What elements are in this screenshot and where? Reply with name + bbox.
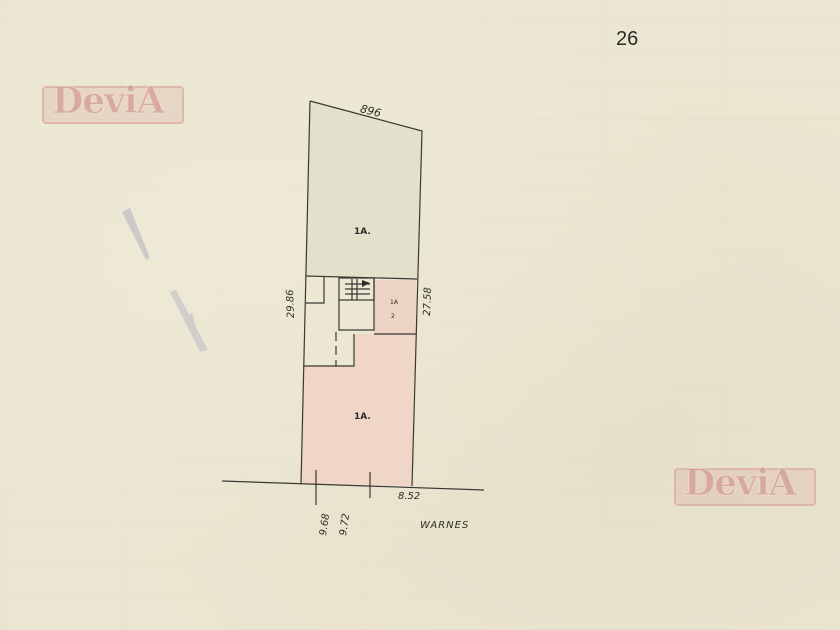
rear-lot-zone <box>306 101 422 279</box>
zone-label-front: 1A. <box>354 412 371 422</box>
dimension-right: 27.58 <box>422 287 434 316</box>
middle-room-zone <box>374 280 416 334</box>
dimension-front-offset-1: 9.68 <box>318 513 332 537</box>
stair-arrow-icon <box>362 280 370 287</box>
ink-smudge-arrow <box>122 208 208 352</box>
dimension-left: 29.86 <box>285 289 297 318</box>
front-lot-zone <box>301 334 416 486</box>
dimension-front: 8.52 <box>398 491 420 502</box>
zone-label-middle-bottom: 2 <box>391 313 395 320</box>
floor-plan: 896 29.86 27.58 8.52 9.68 9.72 1A. 1A. 1… <box>0 0 840 630</box>
zone-label-rear: 1A. <box>354 227 371 237</box>
zone-label-middle-top: 1A <box>390 299 399 306</box>
street-name: WARNES <box>420 520 469 531</box>
dimension-front-offset-2: 9.72 <box>338 513 352 537</box>
